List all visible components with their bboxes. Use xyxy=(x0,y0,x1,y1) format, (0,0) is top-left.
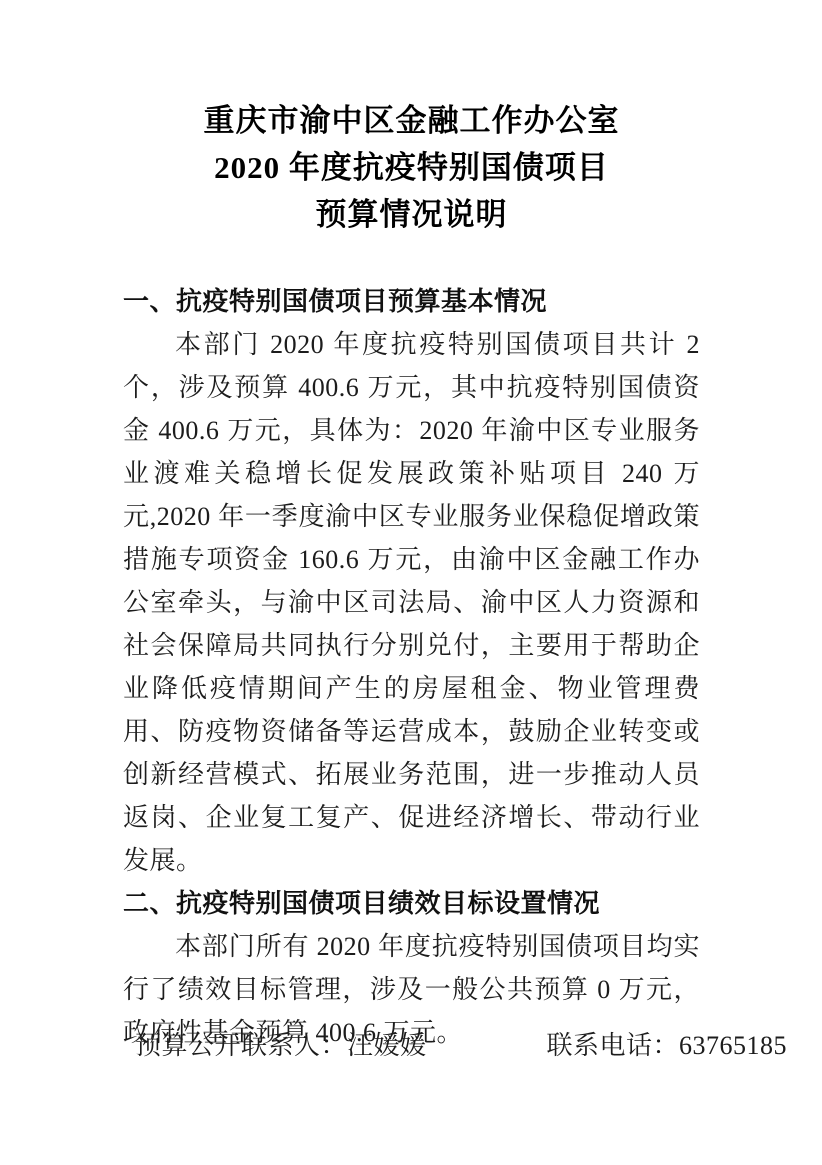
contact-phone-label: 联系电话： xyxy=(547,1031,680,1060)
document-title: 重庆市渝中区金融工作办公室 2020 年度抗疫特别国债项目 预算情况说明 xyxy=(123,0,700,238)
document-page: 重庆市渝中区金融工作办公室 2020 年度抗疫特别国债项目 预算情况说明 一、抗… xyxy=(0,0,822,1165)
section-2-heading: 二、抗疫特别国债项目绩效目标设置情况 xyxy=(123,882,700,925)
document-content: 重庆市渝中区金融工作办公室 2020 年度抗疫特别国债项目 预算情况说明 一、抗… xyxy=(123,0,700,1054)
footer-contact-line: 预算公开联系人：汪媛媛 联系电话：63765185 xyxy=(135,1028,700,1064)
title-line-2: 2020 年度抗疫特别国债项目 xyxy=(123,144,700,191)
contact-person-name: 汪媛媛 xyxy=(347,1031,427,1060)
section-1-paragraph: 本部门 2020 年度抗疫特别国债项目共计 2 个，涉及预算 400.6 万元，… xyxy=(123,323,700,882)
title-line-3: 预算情况说明 xyxy=(123,191,700,238)
contact-phone: 联系电话：63765185 xyxy=(547,1028,788,1064)
contact-phone-number: 63765185 xyxy=(679,1031,787,1060)
section-1-heading: 一、抗疫特别国债项目预算基本情况 xyxy=(123,280,700,323)
contact-person-label: 预算公开联系人： xyxy=(135,1031,347,1060)
title-line-1: 重庆市渝中区金融工作办公室 xyxy=(123,97,700,144)
contact-person: 预算公开联系人：汪媛媛 xyxy=(135,1028,427,1064)
